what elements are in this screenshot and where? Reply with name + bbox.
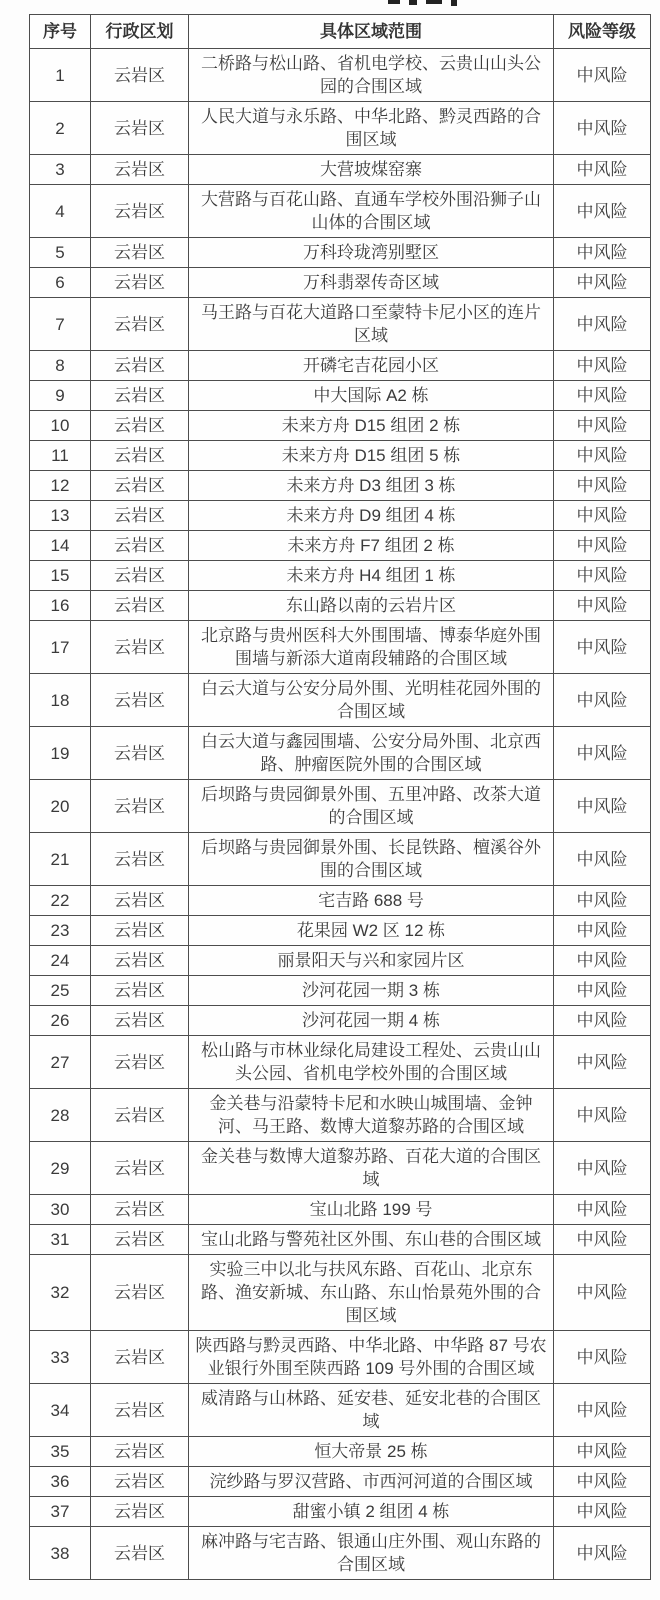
- table-row: 33云岩区陕西路与黔灵西路、中华北路、中华路 87 号农业银行外围至陕西路 10…: [30, 1331, 651, 1384]
- table-row: 37云岩区甜蜜小镇 2 组团 4 栋中风险: [30, 1497, 651, 1527]
- risk-level-cell: 中风险: [554, 976, 651, 1006]
- serial-number-cell: 16: [30, 591, 91, 621]
- area-scope-cell: 未来方舟 D3 组团 3 栋: [189, 471, 554, 501]
- district-cell: 云岩区: [91, 561, 189, 591]
- risk-level-cell: 中风险: [554, 501, 651, 531]
- table-row: 13云岩区未来方舟 D9 组团 4 栋中风险: [30, 501, 651, 531]
- risk-level-cell: 中风险: [554, 185, 651, 238]
- table-row: 11云岩区未来方舟 D15 组团 5 栋中风险: [30, 441, 651, 471]
- serial-number-cell: 9: [30, 381, 91, 411]
- area-scope-cell: 未来方舟 H4 组团 1 栋: [189, 561, 554, 591]
- area-scope-cell: 北京路与贵州医科大外围围墙、博泰华庭外围围墙与新添大道南段辅路的合围区域: [189, 621, 554, 674]
- title-fragment-mark: [388, 0, 400, 4]
- table-row: 18云岩区白云大道与公安分局外围、光明桂花园外围的合围区域中风险: [30, 674, 651, 727]
- risk-level-cell: 中风险: [554, 441, 651, 471]
- area-scope-cell: 甜蜜小镇 2 组团 4 栋: [189, 1497, 554, 1527]
- district-cell: 云岩区: [91, 916, 189, 946]
- serial-number-cell: 37: [30, 1497, 91, 1527]
- district-cell: 云岩区: [91, 886, 189, 916]
- area-scope-cell: 后坝路与贵园御景外围、长昆铁路、檀溪谷外围的合围区域: [189, 833, 554, 886]
- district-cell: 云岩区: [91, 1527, 189, 1580]
- area-scope-cell: 万科玲珑湾别墅区: [189, 238, 554, 268]
- risk-level-cell: 中风险: [554, 1331, 651, 1384]
- header-row: 序号 行政区划 具体区域范围 风险等级: [30, 15, 651, 49]
- area-scope-cell: 丽景阳天与兴和家园片区: [189, 946, 554, 976]
- table-row: 17云岩区北京路与贵州医科大外围围墙、博泰华庭外围围墙与新添大道南段辅路的合围区…: [30, 621, 651, 674]
- table-row: 22云岩区宅吉路 688 号中风险: [30, 886, 651, 916]
- risk-level-cell: 中风险: [554, 1036, 651, 1089]
- risk-level-cell: 中风险: [554, 49, 651, 102]
- risk-level-cell: 中风险: [554, 381, 651, 411]
- risk-level-cell: 中风险: [554, 155, 651, 185]
- risk-area-table: 序号 行政区划 具体区域范围 风险等级 1云岩区二桥路与松山路、省机电学校、云贵…: [29, 14, 651, 1580]
- serial-number-cell: 1: [30, 49, 91, 102]
- area-scope-cell: 麻冲路与宅吉路、银通山庄外围、观山东路的合围区域: [189, 1527, 554, 1580]
- area-scope-cell: 沙河花园一期 3 栋: [189, 976, 554, 1006]
- table-row: 10云岩区未来方舟 D15 组团 2 栋中风险: [30, 411, 651, 441]
- table-row: 16云岩区东山路以南的云岩片区中风险: [30, 591, 651, 621]
- area-scope-cell: 马王路与百花大道路口至蒙特卡尼小区的连片区域: [189, 298, 554, 351]
- area-scope-cell: 威清路与山林路、延安巷、延安北巷的合围区域: [189, 1384, 554, 1437]
- district-cell: 云岩区: [91, 185, 189, 238]
- risk-level-cell: 中风险: [554, 916, 651, 946]
- table-row: 3云岩区大营坡煤窑寨中风险: [30, 155, 651, 185]
- serial-number-cell: 21: [30, 833, 91, 886]
- serial-number-cell: 8: [30, 351, 91, 381]
- risk-level-cell: 中风险: [554, 531, 651, 561]
- district-cell: 云岩区: [91, 1142, 189, 1195]
- risk-level-cell: 中风险: [554, 780, 651, 833]
- table-row: 35云岩区恒大帝景 25 栋中风险: [30, 1437, 651, 1467]
- serial-number-cell: 34: [30, 1384, 91, 1437]
- risk-level-cell: 中风险: [554, 833, 651, 886]
- risk-level-cell: 中风险: [554, 102, 651, 155]
- risk-level-cell: 中风险: [554, 1437, 651, 1467]
- area-scope-cell: 松山路与市林业绿化局建设工程处、云贵山山头公园、省机电学校外围的合围区域: [189, 1036, 554, 1089]
- district-cell: 云岩区: [91, 155, 189, 185]
- district-cell: 云岩区: [91, 727, 189, 780]
- table-row: 36云岩区浣纱路与罗汉营路、市西河河道的合围区域中风险: [30, 1467, 651, 1497]
- risk-level-cell: 中风险: [554, 561, 651, 591]
- area-scope-cell: 二桥路与松山路、省机电学校、云贵山山头公园的合围区域: [189, 49, 554, 102]
- table-row: 31云岩区宝山北路与警苑社区外围、东山巷的合围区域中风险: [30, 1225, 651, 1255]
- area-scope-cell: 后坝路与贵园御景外围、五里冲路、改茶大道的合围区域: [189, 780, 554, 833]
- serial-number-cell: 15: [30, 561, 91, 591]
- serial-number-cell: 23: [30, 916, 91, 946]
- area-scope-cell: 开磷宅吉花园小区: [189, 351, 554, 381]
- table-row: 30云岩区宝山北路 199 号中风险: [30, 1195, 651, 1225]
- table-row: 24云岩区丽景阳天与兴和家园片区中风险: [30, 946, 651, 976]
- area-scope-cell: 中大国际 A2 栋: [189, 381, 554, 411]
- serial-number-cell: 5: [30, 238, 91, 268]
- district-cell: 云岩区: [91, 1006, 189, 1036]
- table-row: 38云岩区麻冲路与宅吉路、银通山庄外围、观山东路的合围区域中风险: [30, 1527, 651, 1580]
- risk-level-cell: 中风险: [554, 1467, 651, 1497]
- serial-number-cell: 2: [30, 102, 91, 155]
- serial-number-cell: 32: [30, 1255, 91, 1331]
- district-cell: 云岩区: [91, 531, 189, 561]
- table-row: 20云岩区后坝路与贵园御景外围、五里冲路、改茶大道的合围区域中风险: [30, 780, 651, 833]
- table-row: 15云岩区未来方舟 H4 组团 1 栋中风险: [30, 561, 651, 591]
- table-row: 25云岩区沙河花园一期 3 栋中风险: [30, 976, 651, 1006]
- header-serial-number: 序号: [30, 15, 91, 49]
- table-header: 序号 行政区划 具体区域范围 风险等级: [30, 15, 651, 49]
- area-scope-cell: 人民大道与永乐路、中华北路、黔灵西路的合围区域: [189, 102, 554, 155]
- serial-number-cell: 28: [30, 1089, 91, 1142]
- risk-level-cell: 中风险: [554, 1006, 651, 1036]
- risk-level-cell: 中风险: [554, 886, 651, 916]
- district-cell: 云岩区: [91, 1089, 189, 1142]
- table-row: 6云岩区万科翡翠传奇区域中风险: [30, 268, 651, 298]
- table-row: 29云岩区金关巷与数博大道黎苏路、百花大道的合围区域中风险: [30, 1142, 651, 1195]
- table-row: 14云岩区未来方舟 F7 组团 2 栋中风险: [30, 531, 651, 561]
- risk-level-cell: 中风险: [554, 1089, 651, 1142]
- clipped-title-fragment: [388, 0, 457, 6]
- serial-number-cell: 38: [30, 1527, 91, 1580]
- serial-number-cell: 31: [30, 1225, 91, 1255]
- area-scope-cell: 未来方舟 F7 组团 2 栋: [189, 531, 554, 561]
- title-fragment-mark: [451, 0, 457, 6]
- serial-number-cell: 29: [30, 1142, 91, 1195]
- district-cell: 云岩区: [91, 1467, 189, 1497]
- serial-number-cell: 4: [30, 185, 91, 238]
- risk-level-cell: 中风险: [554, 1225, 651, 1255]
- serial-number-cell: 27: [30, 1036, 91, 1089]
- serial-number-cell: 33: [30, 1331, 91, 1384]
- area-scope-cell: 沙河花园一期 4 栋: [189, 1006, 554, 1036]
- title-fragment-mark: [426, 0, 442, 4]
- area-scope-cell: 大营坡煤窑寨: [189, 155, 554, 185]
- district-cell: 云岩区: [91, 351, 189, 381]
- area-scope-cell: 未来方舟 D15 组团 5 栋: [189, 441, 554, 471]
- serial-number-cell: 12: [30, 471, 91, 501]
- area-scope-cell: 白云大道与公安分局外围、光明桂花园外围的合围区域: [189, 674, 554, 727]
- serial-number-cell: 30: [30, 1195, 91, 1225]
- risk-level-cell: 中风险: [554, 471, 651, 501]
- table-row: 8云岩区开磷宅吉花园小区中风险: [30, 351, 651, 381]
- serial-number-cell: 20: [30, 780, 91, 833]
- table-row: 2云岩区人民大道与永乐路、中华北路、黔灵西路的合围区域中风险: [30, 102, 651, 155]
- district-cell: 云岩区: [91, 780, 189, 833]
- header-area-scope: 具体区域范围: [189, 15, 554, 49]
- risk-level-cell: 中风险: [554, 411, 651, 441]
- serial-number-cell: 24: [30, 946, 91, 976]
- district-cell: 云岩区: [91, 674, 189, 727]
- area-scope-cell: 万科翡翠传奇区域: [189, 268, 554, 298]
- area-scope-cell: 宝山北路 199 号: [189, 1195, 554, 1225]
- district-cell: 云岩区: [91, 1384, 189, 1437]
- risk-level-cell: 中风险: [554, 1497, 651, 1527]
- table-body: 1云岩区二桥路与松山路、省机电学校、云贵山山头公园的合围区域中风险2云岩区人民大…: [30, 49, 651, 1580]
- serial-number-cell: 13: [30, 501, 91, 531]
- serial-number-cell: 25: [30, 976, 91, 1006]
- district-cell: 云岩区: [91, 591, 189, 621]
- district-cell: 云岩区: [91, 946, 189, 976]
- district-cell: 云岩区: [91, 471, 189, 501]
- table-row: 34云岩区威清路与山林路、延安巷、延安北巷的合围区域中风险: [30, 1384, 651, 1437]
- risk-level-cell: 中风险: [554, 238, 651, 268]
- district-cell: 云岩区: [91, 441, 189, 471]
- risk-level-cell: 中风险: [554, 727, 651, 780]
- area-scope-cell: 大营路与百花山路、直通车学校外围沿狮子山山体的合围区域: [189, 185, 554, 238]
- serial-number-cell: 17: [30, 621, 91, 674]
- header-risk-level: 风险等级: [554, 15, 651, 49]
- title-fragment-mark: [409, 0, 417, 5]
- district-cell: 云岩区: [91, 381, 189, 411]
- table-row: 32云岩区实验三中以北与扶风东路、百花山、北京东路、渔安新城、东山路、东山怡景苑…: [30, 1255, 651, 1331]
- serial-number-cell: 19: [30, 727, 91, 780]
- risk-level-cell: 中风险: [554, 591, 651, 621]
- area-scope-cell: 未来方舟 D15 组团 2 栋: [189, 411, 554, 441]
- table-row: 19云岩区白云大道与鑫园围墙、公安分局外围、北京西路、肿瘤医院外围的合围区域中风…: [30, 727, 651, 780]
- district-cell: 云岩区: [91, 501, 189, 531]
- area-scope-cell: 宅吉路 688 号: [189, 886, 554, 916]
- district-cell: 云岩区: [91, 621, 189, 674]
- district-cell: 云岩区: [91, 298, 189, 351]
- table-row: 9云岩区中大国际 A2 栋中风险: [30, 381, 651, 411]
- serial-number-cell: 10: [30, 411, 91, 441]
- district-cell: 云岩区: [91, 411, 189, 441]
- header-district: 行政区划: [91, 15, 189, 49]
- serial-number-cell: 26: [30, 1006, 91, 1036]
- district-cell: 云岩区: [91, 102, 189, 155]
- area-scope-cell: 陕西路与黔灵西路、中华北路、中华路 87 号农业银行外围至陕西路 109 号外围…: [189, 1331, 554, 1384]
- serial-number-cell: 36: [30, 1467, 91, 1497]
- serial-number-cell: 3: [30, 155, 91, 185]
- risk-level-cell: 中风险: [554, 1142, 651, 1195]
- area-scope-cell: 金关巷与沿蒙特卡尼和水映山城围墙、金钟河、马王路、数博大道黎苏路的合围区域: [189, 1089, 554, 1142]
- serial-number-cell: 35: [30, 1437, 91, 1467]
- area-scope-cell: 浣纱路与罗汉营路、市西河河道的合围区域: [189, 1467, 554, 1497]
- risk-level-cell: 中风险: [554, 621, 651, 674]
- risk-level-cell: 中风险: [554, 1384, 651, 1437]
- risk-level-cell: 中风险: [554, 946, 651, 976]
- area-scope-cell: 恒大帝景 25 栋: [189, 1437, 554, 1467]
- serial-number-cell: 6: [30, 268, 91, 298]
- district-cell: 云岩区: [91, 833, 189, 886]
- district-cell: 云岩区: [91, 1497, 189, 1527]
- table-row: 7云岩区马王路与百花大道路口至蒙特卡尼小区的连片区域中风险: [30, 298, 651, 351]
- table-row: 5云岩区万科玲珑湾别墅区中风险: [30, 238, 651, 268]
- risk-level-cell: 中风险: [554, 351, 651, 381]
- area-scope-cell: 东山路以南的云岩片区: [189, 591, 554, 621]
- risk-level-cell: 中风险: [554, 268, 651, 298]
- table-row: 26云岩区沙河花园一期 4 栋中风险: [30, 1006, 651, 1036]
- table-row: 4云岩区大营路与百花山路、直通车学校外围沿狮子山山体的合围区域中风险: [30, 185, 651, 238]
- district-cell: 云岩区: [91, 268, 189, 298]
- area-scope-cell: 花果园 W2 区 12 栋: [189, 916, 554, 946]
- district-cell: 云岩区: [91, 1225, 189, 1255]
- risk-level-cell: 中风险: [554, 298, 651, 351]
- table-row: 21云岩区后坝路与贵园御景外围、长昆铁路、檀溪谷外围的合围区域中风险: [30, 833, 651, 886]
- area-scope-cell: 金关巷与数博大道黎苏路、百花大道的合围区域: [189, 1142, 554, 1195]
- table-row: 1云岩区二桥路与松山路、省机电学校、云贵山山头公园的合围区域中风险: [30, 49, 651, 102]
- serial-number-cell: 18: [30, 674, 91, 727]
- serial-number-cell: 22: [30, 886, 91, 916]
- area-scope-cell: 宝山北路与警苑社区外围、东山巷的合围区域: [189, 1225, 554, 1255]
- table-row: 27云岩区松山路与市林业绿化局建设工程处、云贵山山头公园、省机电学校外围的合围区…: [30, 1036, 651, 1089]
- area-scope-cell: 白云大道与鑫园围墙、公安分局外围、北京西路、肿瘤医院外围的合围区域: [189, 727, 554, 780]
- district-cell: 云岩区: [91, 976, 189, 1006]
- district-cell: 云岩区: [91, 1195, 189, 1225]
- district-cell: 云岩区: [91, 1036, 189, 1089]
- risk-level-cell: 中风险: [554, 1255, 651, 1331]
- table-row: 23云岩区花果园 W2 区 12 栋中风险: [30, 916, 651, 946]
- risk-level-cell: 中风险: [554, 1195, 651, 1225]
- table-row: 28云岩区金关巷与沿蒙特卡尼和水映山城围墙、金钟河、马王路、数博大道黎苏路的合围…: [30, 1089, 651, 1142]
- area-scope-cell: 实验三中以北与扶风东路、百花山、北京东路、渔安新城、东山路、东山怡景苑外围的合围…: [189, 1255, 554, 1331]
- district-cell: 云岩区: [91, 1437, 189, 1467]
- risk-level-cell: 中风险: [554, 1527, 651, 1580]
- serial-number-cell: 7: [30, 298, 91, 351]
- serial-number-cell: 11: [30, 441, 91, 471]
- risk-level-cell: 中风险: [554, 674, 651, 727]
- district-cell: 云岩区: [91, 1331, 189, 1384]
- area-scope-cell: 未来方舟 D9 组团 4 栋: [189, 501, 554, 531]
- serial-number-cell: 14: [30, 531, 91, 561]
- district-cell: 云岩区: [91, 1255, 189, 1331]
- district-cell: 云岩区: [91, 238, 189, 268]
- table-row: 12云岩区未来方舟 D3 组团 3 栋中风险: [30, 471, 651, 501]
- district-cell: 云岩区: [91, 49, 189, 102]
